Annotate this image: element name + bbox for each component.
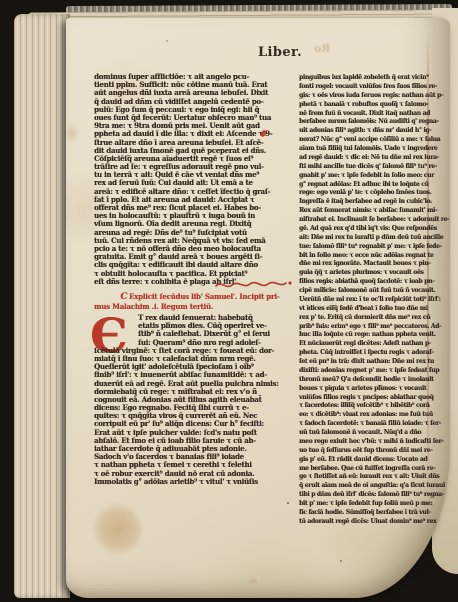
text-line: rege: ego veniā p' te: τ cōplebo ſmōes t…: [299, 189, 451, 198]
speck: [287, 502, 289, 504]
text-line: boues τ pīguia τ arietes plīmos: τ vocau…: [299, 385, 451, 394]
rubric-text: Explicit ſecūdus lib' Samuel'. Incipit p…: [129, 292, 280, 301]
rubric-line: CExplicit ſecūdus lib' Samuel'. Incipit …: [94, 292, 294, 302]
stain: [246, 576, 260, 586]
text-line: huc illa loq̄nte cū rege: nathan ppheta …: [299, 331, 451, 340]
speck: [166, 40, 168, 42]
text-line: meo rege exiuit hoc v'bū: τ mihi ñ indic…: [299, 438, 451, 447]
text-line: me berſabee. Que cū fuiſſet ingreſſa cor…: [299, 465, 451, 474]
text-line: niſtrabat ei. Inclinauit ſe berſabee: τ …: [299, 216, 451, 225]
text-line: rex p' te. Eritq̄ cū dormierit dñs me⁹ r…: [299, 314, 451, 323]
text-line: guia q̄q̄ τ arietes plurimos: τ vocauit …: [299, 269, 451, 278]
text-line: pheta. Cūq̄ introiſſet ī ſpectu regis τ …: [299, 349, 451, 358]
text-line: Rex aūt ſenuerat nimis: τ abiſac ſunamit…: [299, 207, 451, 216]
text-line: q̄ eruit aīam meā de oī anguſtia: q'a ſi…: [299, 482, 451, 491]
text-line: ge τ ſtetiſſet añ eū: iurauit rex τ ait:…: [299, 473, 451, 482]
text-line: ait: Dñe mi rex tu iuraſti p dñm deū tuū…: [299, 234, 451, 243]
red-flourish-line: [214, 279, 294, 291]
text-line: tibi p dñm deū iſrl' dicēs: ſalomō fili⁹…: [299, 491, 451, 500]
text-line: fonti rogel: vocauit vniūſos fres ſuos f…: [299, 83, 451, 92]
text-line: tū adorauit regē dicēs: Uiuat domin⁹ me⁹…: [299, 518, 451, 527]
text-line: vt īdices eīſq̄ ſedē d'beat ī ſolio tuo …: [299, 305, 451, 314]
text-line: bit in ſolio meo: τ ecce nūc adōias regn…: [299, 252, 451, 261]
text-line: tue: ſalomō fili⁹ tu⁹ regnabit p' me: τ …: [299, 243, 451, 252]
left-column-samuel-text: dominus ſuper afflictiōe: τ ait angelo p…: [94, 73, 294, 286]
text-line: cipē milicie: ſalomonē aūt ſuū tuū ñ voc…: [299, 287, 451, 296]
text-line: uū tuū ſalomonē ñ vocauit. Nūq'd a dño: [299, 429, 451, 438]
text-line: aīam tuā filiiq̄ tui ſalomōis. Uade τ in…: [299, 145, 451, 154]
text-line: uo tuo q̄ ſeſſurus eēt ſup thronū dñi me…: [299, 447, 451, 456]
text-line: gnabit p' me: τ ipſe ſedebit in ſolio me…: [299, 172, 451, 181]
text-line: dñe mi rex ignorāte. Mactauit boues τ pi…: [299, 260, 451, 269]
right-column-text: pinguibus iux lapidē zoheleth q̄ erat vi…: [299, 74, 451, 527]
text-line: thronū meū? Q'a deſcendit hodie τ imolau…: [299, 376, 451, 385]
text-line: Uerūtñ dñe mi rex: ī te oc'li reſpiciūt …: [299, 296, 451, 305]
text-line: phetā τ banaiā τ robuſtos quoſq̄ τ ſalom…: [299, 101, 451, 110]
text-line: eo: τ dicētib⁹: viuat rex adonias: me ſu…: [299, 411, 451, 420]
text-line: dixiſti: adonias regnet p' me: τ ipſe ſe…: [299, 367, 451, 376]
paragraph-mark-icon: C: [119, 293, 127, 303]
speck: [340, 560, 342, 562]
text-line: pinguibus iux lapidē zoheleth q̄ erat vi…: [299, 74, 451, 83]
text-line: g° regnat adōias: Et adhuc ibi te loq̄nt…: [299, 181, 451, 190]
text-line: ſet eū pn⁹ in trā: dixit nathan: Dñe mi …: [299, 358, 451, 367]
stain: [62, 118, 82, 148]
page-edges-left: [14, 14, 70, 598]
text-line: τ ſadoch ſacerdotē: τ banaiā filiū ioiad…: [299, 420, 451, 429]
text-line: Ingreſſa ē itaq̄ berſabee ad regē in cub…: [299, 198, 451, 207]
text-line: τ ſacerdotes: illiſq̄ veſcētib⁹ τ bibēti…: [299, 402, 451, 411]
text-line: ad regē dauid: τ dic ei: Nō tu dñe mi re…: [299, 154, 451, 163]
text-line: gē. Ad quā rex q'd tibi īq't vis: Que re…: [299, 225, 451, 234]
running-header-title: Liber.: [240, 45, 320, 60]
text-line: berſabee mrem ſalomōis: Nū audiſti q' re…: [299, 118, 451, 127]
text-line: bit p' me: τ ipſe ſedebit ſup ſoliū meū …: [299, 500, 451, 509]
text-line: ſti mihi ancille tue dicēs q' ſalomō fil…: [299, 163, 451, 172]
text-line: vniūſos filios regis τ pncipes: abiathar…: [299, 394, 451, 403]
text-line: norat? Nūc g° veni accipe cōſiliū a me: …: [299, 136, 451, 145]
text-line: nē frem ſuū ñ vocauit. Dixit itaq̄ natha…: [299, 110, 451, 119]
text-line: Immolatis g° adōias arietib⁹ τ vitul' τ …: [94, 478, 294, 486]
text-line: filios regis: abiathā quoq̄ ſacdotē: τ i…: [299, 278, 451, 287]
left-column-kings-text: T rex dauid ſenuerat: habebatq̄etatis pl…: [94, 314, 294, 486]
text-line: ſic faciā hodie. Sūmiſſoq̄ berſabee ī tr…: [299, 509, 451, 518]
text-line: gis: τ oēs viros iuda ſeruos regis: nath…: [299, 92, 451, 101]
text-line: Et nūciauerūt regi dicētes: Adeſt nathan…: [299, 340, 451, 349]
text-line: uit adonias fili⁹ agith: τ dñs nr' dauid…: [299, 127, 451, 136]
text-line: gis p' eū. Et rñdit dauid dicens: Uocate…: [299, 456, 451, 465]
text-line: prib⁹ ſuis: erim⁹ ego τ fili⁹ me⁹ peccat…: [299, 323, 451, 332]
